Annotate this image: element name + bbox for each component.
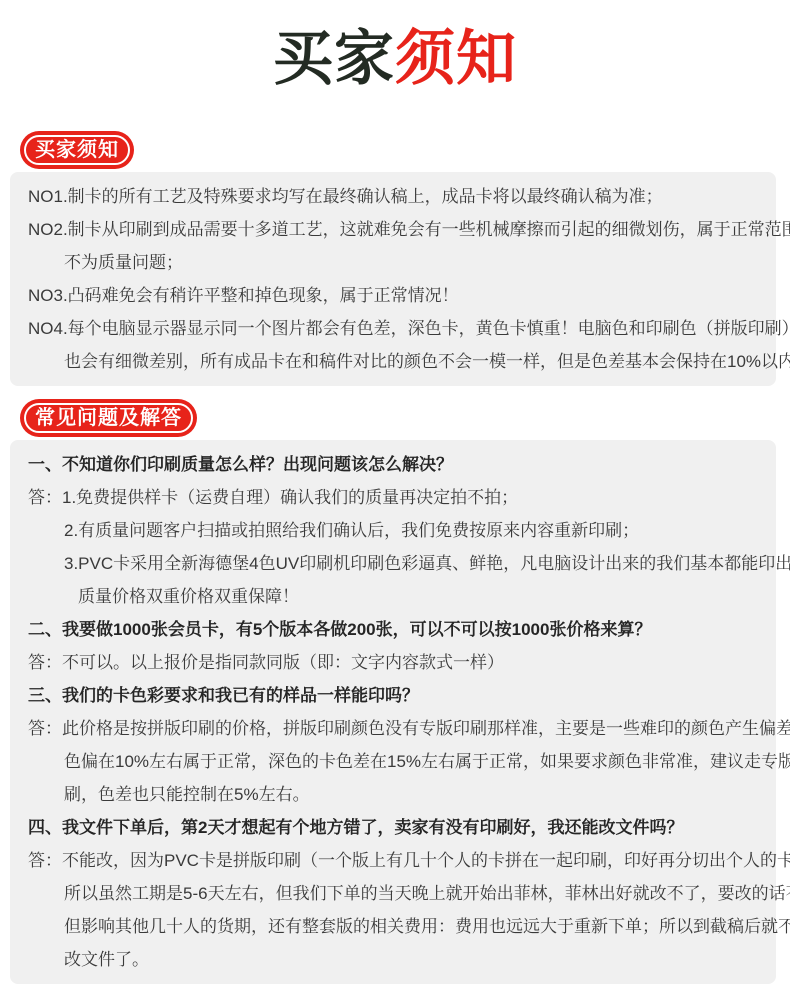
text-line: 质量价格双重价格双重保障！ <box>28 580 758 613</box>
faq-badge: 常见问题及解答 <box>20 399 197 437</box>
section-buyer-notice: 买家须知 NO1.制卡的所有工艺及特殊要求均写在最终确认稿上，成品卡将以最终确认… <box>0 94 790 386</box>
text-line: 答：此价格是按拼版印刷的价格，拼版印刷颜色没有专版印刷那样准，主要是一些难印的颜… <box>28 712 758 745</box>
text-line: 但影响其他几十人的货期，还有整套版的相关费用：费用也远远大于重新下单；所以到截稿… <box>28 910 758 943</box>
section-faq: 常见问题及解答 一、不知道你们印刷质量怎么样？出现问题该怎么解决？答：1.免费提… <box>0 386 790 984</box>
text-line: 改文件了。 <box>28 943 758 976</box>
faq-badge-label: 常见问题及解答 <box>24 403 193 433</box>
text-line: 色偏在10%左右属于正常，深色的卡色差在15%左右属于正常，如果要求颜色非常准，… <box>28 745 758 778</box>
question-line: 一、不知道你们印刷质量怎么样？出现问题该怎么解决？ <box>28 448 758 481</box>
text-line: NO2.制卡从印刷到成品需要十多道工艺，这就难免会有一些机械摩擦而引起的细微划伤… <box>28 213 758 246</box>
text-line: NO1.制卡的所有工艺及特殊要求均写在最终确认稿上，成品卡将以最终确认稿为准； <box>28 180 758 213</box>
text-line: 也会有细微差别，所有成品卡在和稿件对比的颜色不会一模一样，但是色差基本会保持在1… <box>28 345 758 378</box>
buyer-notice-badge: 买家须知 <box>20 131 134 169</box>
text-line: 刷，色差也只能控制在5%左右。 <box>28 778 758 811</box>
text-line: 答：1.免费提供样卡（运费自理）确认我们的质量再决定拍不拍； <box>28 481 758 514</box>
text-line: 3.PVC卡采用全新海德堡4色UV印刷机印刷色彩逼真、鲜艳，凡电脑设计出来的我们… <box>28 547 758 580</box>
text-line: 答：不能改，因为PVC卡是拼版印刷（一个版上有几十个人的卡拼在一起印刷，印好再分… <box>28 844 758 877</box>
faq-panel: 一、不知道你们印刷质量怎么样？出现问题该怎么解决？答：1.免费提供样卡（运费自理… <box>10 440 776 984</box>
text-line: NO4.每个电脑显示器显示同一个图片都会有色差，深色卡，黄色卡慎重！电脑色和印刷… <box>28 312 758 345</box>
page-title-red-part: 须知 <box>395 25 517 92</box>
text-line: 所以虽然工期是5-6天左右，但我们下单的当天晚上就开始出菲林，菲林出好就改不了，… <box>28 877 758 910</box>
question-line: 四、我文件下单后，第2天才想起有个地方错了，卖家有没有印刷好，我还能改文件吗？ <box>28 811 758 844</box>
question-line: 三、我们的卡色彩要求和我已有的样品一样能印吗？ <box>28 679 758 712</box>
page-title-dark-part: 买家 <box>273 25 395 92</box>
buyer-notice-page: 买家须知 买家须知 NO1.制卡的所有工艺及特殊要求均写在最终确认稿上，成品卡将… <box>0 0 790 1000</box>
buyer-notice-badge-label: 买家须知 <box>24 135 130 165</box>
text-line: 2.有质量问题客户扫描或拍照给我们确认后，我们免费按原来内容重新印刷； <box>28 514 758 547</box>
text-line: NO3.凸码难免会有稍许平整和掉色现象，属于正常情况！ <box>28 279 758 312</box>
page-title: 买家须知 <box>0 0 790 94</box>
text-line: 答：不可以。以上报价是指同款同版（即：文字内容款式一样） <box>28 646 758 679</box>
text-line: 不为质量问题； <box>28 246 758 279</box>
question-line: 二、我要做1000张会员卡，有5个版本各做200张，可以不可以按1000张价格来… <box>28 613 758 646</box>
buyer-notice-panel: NO1.制卡的所有工艺及特殊要求均写在最终确认稿上，成品卡将以最终确认稿为准；N… <box>10 172 776 386</box>
